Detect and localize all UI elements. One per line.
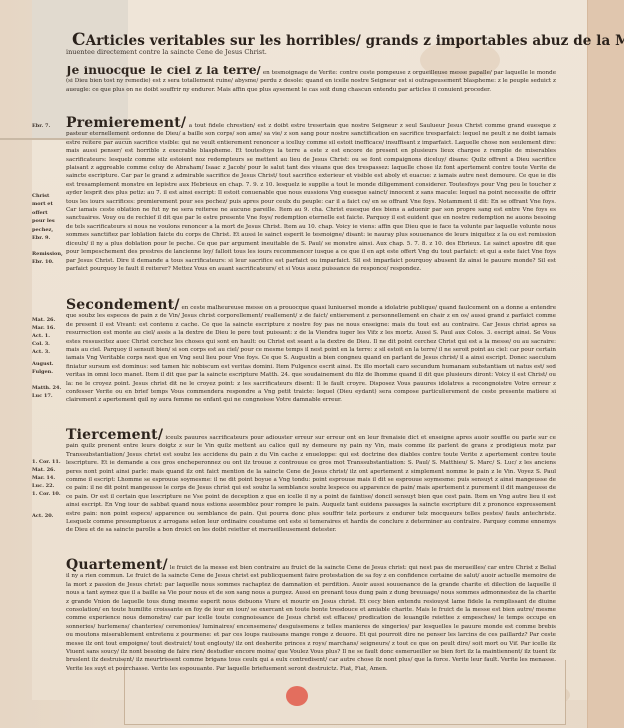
section-lead: Secondement/ [66, 298, 180, 313]
document-title: CArticles veritables sur les horribles/ … [72, 30, 612, 50]
section-text: le fruict de la messe est bien contraire… [66, 565, 556, 672]
section-invocation: Je inuocque le ciel z la terre/ en tesmo… [66, 66, 556, 104]
marginal-note: Remission, Ebr. 10. [32, 250, 62, 267]
title-text: Articles veritables sur les horribles/ g… [86, 33, 624, 49]
marginal-note: Christ mort et offert pour les pechez, E… [32, 192, 62, 242]
marginal-note: Ebr. 7. [32, 122, 62, 130]
marginal-note: Fulgen. [32, 368, 62, 376]
mount-edge [587, 0, 624, 728]
section-premierement: Premierement/ a tout fidele chrestien/ e… [66, 116, 556, 276]
section-quartement: Quartement/ le fruict de la messe est bi… [66, 558, 556, 688]
section-text: iceulx pauures sacrificateurs pour adiou… [66, 435, 556, 533]
marginal-note: Act. 20. [32, 512, 62, 520]
section-text: en ceste malheureuse messe on a prouocqu… [66, 305, 556, 403]
section-lead: Tiercement/ [66, 428, 163, 443]
section-lead: Je inuocque le ciel z la terre/ [66, 66, 261, 77]
marginal-note: 1. Cor. 10. [32, 490, 62, 498]
library-stamp-icon [286, 686, 308, 706]
section-text: a tout fidele chrestien/ est z doibt est… [66, 123, 556, 272]
marginal-note: Act. 3. [32, 348, 62, 356]
section-secondement: Secondement/ en ceste malheureuse messe … [66, 298, 556, 414]
document-subtitle: inuentee directement contre la saincte C… [66, 48, 267, 56]
title-initial: C [72, 30, 86, 50]
section-tiercement: Tiercement/ iceulx pauures sacrificateur… [66, 428, 556, 546]
section-lead: Premierement/ [66, 116, 186, 131]
section-lead: Quartement/ [66, 558, 168, 573]
marginal-note: Luc 17. [32, 392, 62, 400]
